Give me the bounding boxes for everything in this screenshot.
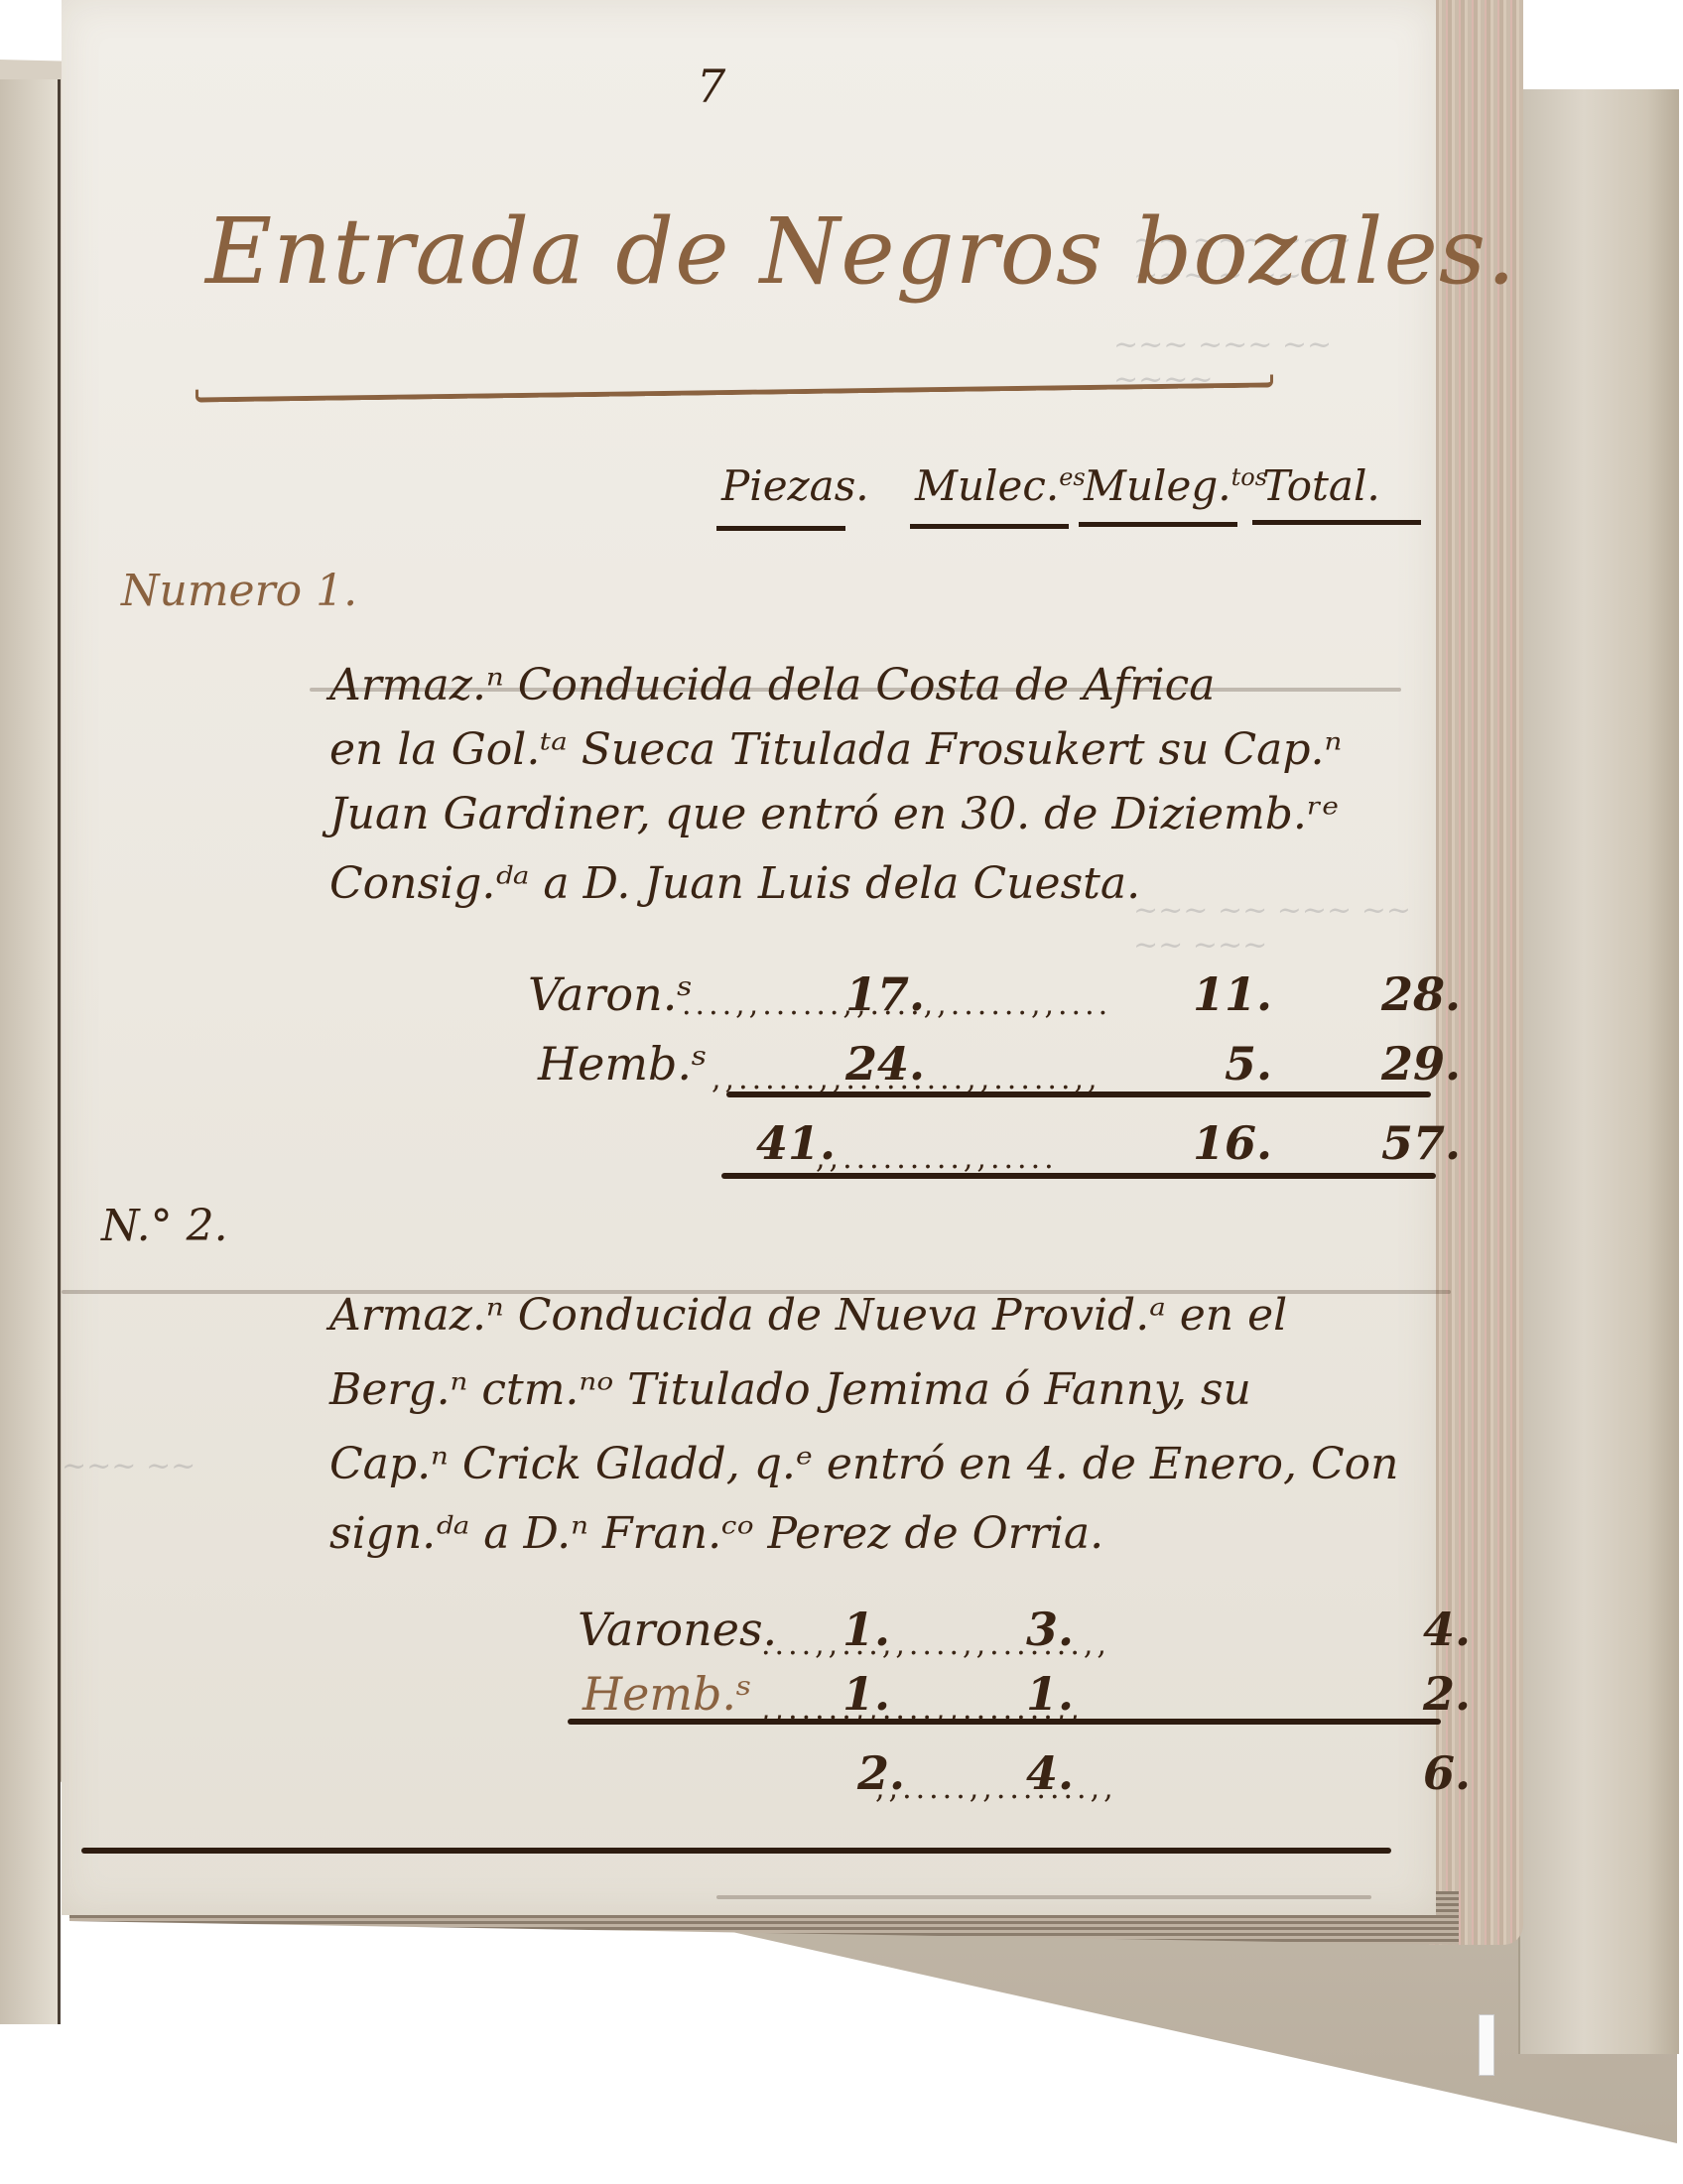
cell-total-piezas: 41. [746, 1116, 836, 1170]
header-rule [1252, 520, 1421, 525]
manuscript-page: ~~ ~~~ ~~~ ~~~ ~ ~~ ~~~ ~~~ ~~ ~~~~ ~~~ … [62, 0, 1436, 1915]
cell-total: 28. [1371, 967, 1461, 1021]
header-rule [1079, 522, 1237, 527]
entry-text-line: Juan Gardiner, que entró en 30. de Dizie… [329, 789, 1339, 839]
header-rule [716, 526, 845, 531]
sum-rule [726, 1092, 1431, 1097]
paper-tab [1479, 2014, 1494, 2076]
cell-total: 4. [1381, 1603, 1471, 1656]
section-rule [721, 1173, 1436, 1179]
cell-mulequitos: 11. [1183, 967, 1272, 1021]
row-label-hembras: Hemb.ˢ [583, 1667, 752, 1721]
column-header-mulecones: Mulec.es [915, 461, 1086, 510]
entry-text-line: Consig.ᵈᵃ a D. Juan Luis dela Cuesta. [329, 858, 1140, 909]
column-header-total: Total. [1262, 461, 1380, 510]
entry-number-label: N.° 2. [101, 1201, 228, 1251]
sum-rule [568, 1719, 1441, 1725]
leader-dots: ,,.........,,..... [816, 1141, 1058, 1176]
entry-text-line: Cap.ⁿ Crick Gladd, q.ᵉ entró en 4. de En… [329, 1439, 1398, 1489]
cell-total-piezas: 2. [816, 1746, 905, 1800]
cell-total: 29. [1371, 1037, 1461, 1091]
title-underline [195, 374, 1273, 402]
bleed-through-text: ~~~ ~~ [62, 1449, 195, 1483]
column-header-piezas: Piezas. [721, 461, 869, 510]
row-label-varones: Varon.ˢ [528, 967, 693, 1021]
section-rule [81, 1848, 1391, 1854]
column-header-mulequitos: Muleg.tos [1084, 461, 1267, 510]
page-title: Entrada de Negros bozales. [205, 198, 1516, 305]
cell-piezas: 24. [836, 1037, 925, 1091]
entry-text-line: en la Gol.ᵗᵃ Sueca Titulada Frosukert su… [329, 724, 1342, 775]
cell-grand-total: 6. [1381, 1746, 1471, 1800]
cell-total-mulecones: 4. [984, 1746, 1074, 1800]
entry-text-line: Berg.ⁿ ctm.ⁿᵒ Titulado Jemima ó Fanny, s… [329, 1364, 1251, 1415]
header-rule [910, 524, 1069, 529]
cell-grand-total: 57. [1371, 1116, 1461, 1170]
cell-mulecones: 3. [984, 1603, 1074, 1656]
cell-piezas: 17. [836, 967, 925, 1021]
cell-mulequitos: 5. [1183, 1037, 1272, 1091]
row-label-hembras: Hemb.ˢ [538, 1037, 708, 1091]
cell-piezas: 1. [801, 1667, 890, 1721]
bleed-through-rule [716, 1895, 1371, 1899]
entry-text-line: Armaz.ⁿ Conducida de Nueva Provid.ᵃ en e… [329, 1290, 1287, 1341]
entry-text-line: Armaz.ⁿ Conducida dela Costa de Africa [329, 660, 1215, 710]
book-cover-flap [1518, 89, 1679, 2054]
cell-mulecones: 1. [984, 1667, 1074, 1721]
row-label-varones: Varones. [578, 1603, 777, 1656]
cell-piezas: 1. [801, 1603, 890, 1656]
cell-total: 2. [1381, 1667, 1471, 1721]
cell-total-mulequitos: 16. [1183, 1116, 1272, 1170]
folio-number: 7 [697, 60, 725, 113]
entry-number-label: Numero 1. [121, 566, 357, 616]
entry-text-line: sign.ᵈᵃ a D.ⁿ Fran.ᶜᵒ Perez de Orria. [329, 1508, 1103, 1559]
bleed-through-text: ~~~ ~~ ~~~ ~~ ~~ ~~~ [1133, 893, 1436, 963]
left-page-edge [0, 79, 61, 2024]
